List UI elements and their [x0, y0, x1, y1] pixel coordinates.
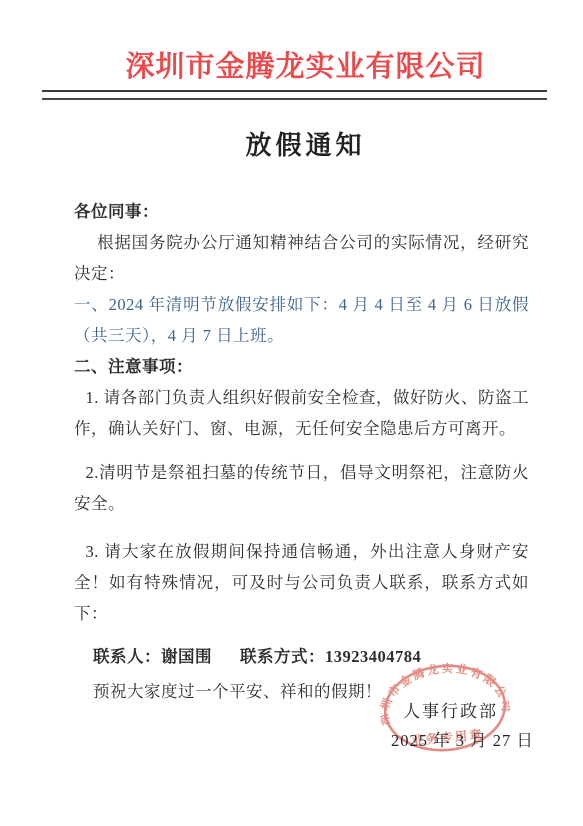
note-3: 3. 请大家在放假期间保持通信畅通，外出注意人身财产安全！如有特殊情况，可及时与… — [74, 536, 529, 629]
notice-title: 放假通知 — [0, 130, 583, 162]
signature-department: 人事行政部 — [403, 697, 498, 722]
signature-date: 2025 年 3 月 27 日 — [391, 727, 534, 751]
contact-method: 联系方式：13923404784 — [240, 647, 421, 666]
intro-paragraph: 根据国务院办公厅通知精神结合公司的实际情况，经研究决定： — [74, 227, 529, 289]
notes-heading: 二、注意事项： — [74, 351, 529, 382]
note-1: 1. 请各部门负责人组织好假前安全检查，做好防火、防盗工作，确认关好门、窗、电源… — [74, 382, 529, 444]
note-2: 2.清明节是祭祖扫墓的传统节日，倡导文明祭祀，注意防火安全。 — [74, 457, 529, 519]
holiday-arrangement: 一、2024 年清明节放假安排如下：4 月 4 日至 4 月 6 日放假（共三天… — [74, 289, 529, 351]
company-title: 深圳市金腾龙实业有限公司 — [0, 0, 583, 84]
holiday-notice-document: 深圳市金腾龙实业有限公司 放假通知 各位同事： 根据国务院办公厅通知精神结合公司… — [0, 0, 583, 826]
header-double-rule — [42, 90, 547, 100]
notice-body: 各位同事： 根据国务院办公厅通知精神结合公司的实际情况，经研究决定： 一、202… — [74, 196, 529, 707]
contact-person: 联系人：谢国围 — [93, 647, 212, 666]
salutation: 各位同事： — [74, 196, 529, 227]
